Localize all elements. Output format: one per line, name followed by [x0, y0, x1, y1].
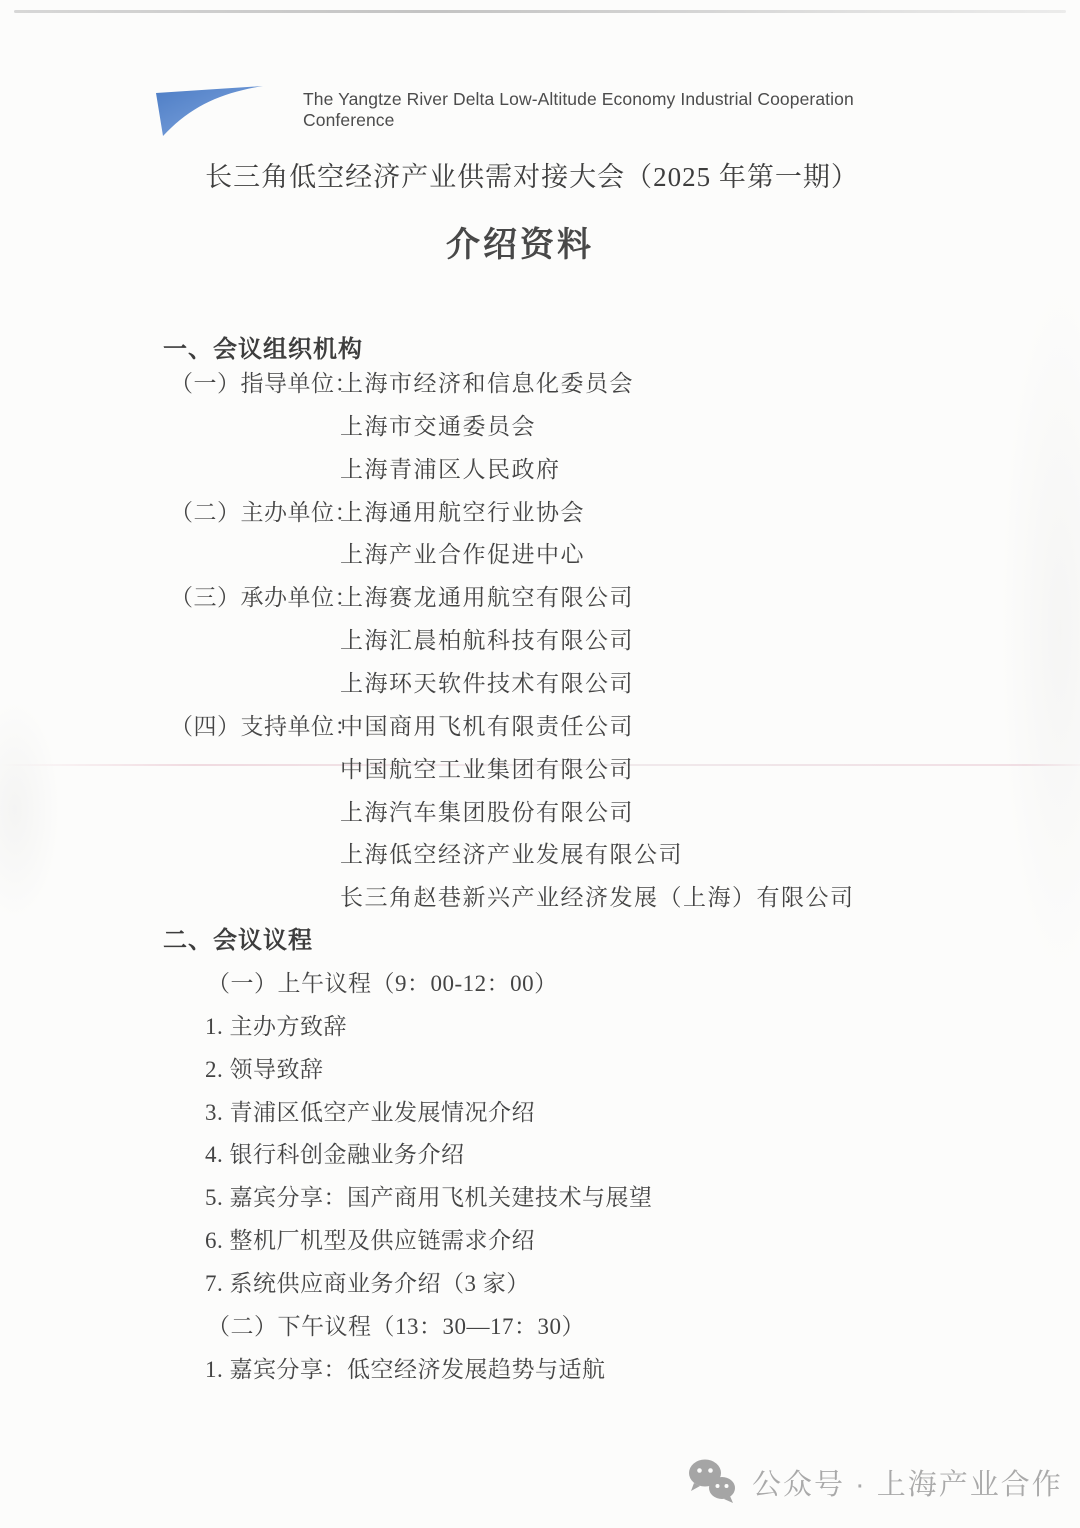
- org-name: 上海青浦区人民政府: [340, 449, 561, 492]
- org-group-row: （二）主办单位： 上海通用航空行业协会: [0, 492, 1080, 535]
- chinese-conference-title: 长三角低空经济产业供需对接大会（2025 年第一期）: [0, 155, 1064, 194]
- org-name: 上海赛龙通用航空有限公司: [340, 577, 634, 620]
- org-group-label: （二）主办单位：: [170, 492, 358, 535]
- org-group-label: （四）支持单位：: [170, 706, 358, 749]
- org-name: 长三角赵巷新兴产业经济发展（上海）有限公司: [340, 877, 855, 920]
- org-group-row: （一）指导单位： 上海市经济和信息化委员会: [0, 363, 1080, 406]
- org-group-label: （三）承办单位：: [170, 577, 358, 620]
- agenda-item: 5. 嘉宾分享：国产商用飞机关建技术与展望: [0, 1177, 1080, 1220]
- agenda-subheading-afternoon: （二）下午议程（13：30—17：30）: [0, 1306, 1080, 1349]
- org-row: 上海环天软件技术有限公司: [0, 663, 1080, 706]
- scanned-document-page: The Yangtze River Delta Low-Altitude Eco…: [0, 0, 1080, 1528]
- org-name: 上海产业合作促进中心: [340, 534, 585, 577]
- org-name: 中国航空工业集团有限公司: [340, 749, 634, 792]
- org-group-row: （三）承办单位： 上海赛龙通用航空有限公司: [0, 577, 1080, 620]
- org-name: 上海低空经济产业发展有限公司: [340, 834, 683, 877]
- org-row: 长三角赵巷新兴产业经济发展（上海）有限公司: [0, 877, 1080, 920]
- watermark: 公众号 · 上海产业合作: [686, 1458, 1063, 1506]
- document-title: 介绍资料: [0, 217, 1040, 266]
- org-name: 中国商用飞机有限责任公司: [340, 706, 634, 749]
- agenda-item: 1. 主办方致辞: [0, 1006, 1080, 1049]
- org-name: 上海汇晨柏航科技有限公司: [340, 620, 634, 663]
- org-row: 上海低空经济产业发展有限公司: [0, 834, 1080, 877]
- org-group-label: （一）指导单位：: [170, 363, 358, 406]
- org-name: 上海市交通委员会: [340, 406, 536, 449]
- agenda-item: 7. 系统供应商业务介绍（3 家）: [0, 1263, 1080, 1306]
- org-row: 上海青浦区人民政府: [0, 449, 1080, 492]
- section-heading-agenda: 二、会议议程: [0, 920, 1080, 963]
- agenda-item: 2. 领导致辞: [0, 1049, 1080, 1092]
- org-row: 上海汇晨柏航科技有限公司: [0, 620, 1080, 663]
- org-name: 上海环天软件技术有限公司: [340, 663, 634, 706]
- agenda-subheading-morning: （一）上午议程（9：00-12：00）: [0, 963, 1080, 1006]
- agenda-item: 4. 银行科创金融业务介绍: [0, 1134, 1080, 1177]
- org-row: 上海汽车集团股份有限公司: [0, 792, 1080, 835]
- org-name: 上海汽车集团股份有限公司: [340, 792, 634, 835]
- org-name: 上海通用航空行业协会: [340, 492, 585, 535]
- conference-logo-swoosh-icon: [153, 84, 265, 145]
- agenda-item: 3. 青浦区低空产业发展情况介绍: [0, 1092, 1080, 1135]
- scan-artifact-top-line: [14, 10, 1066, 13]
- document-body: （一）指导单位： 上海市经济和信息化委员会 上海市交通委员会 上海青浦区人民政府…: [0, 363, 1080, 1392]
- agenda-item: 1. 嘉宾分享：低空经济发展趋势与适航: [0, 1349, 1080, 1392]
- org-row: 上海市交通委员会: [0, 406, 1080, 449]
- agenda-item: 6. 整机厂机型及供应链需求介绍: [0, 1220, 1080, 1263]
- org-row: 上海产业合作促进中心: [0, 534, 1080, 577]
- watermark-text: 公众号 · 上海产业合作: [752, 1462, 1063, 1503]
- section-heading-organization: 一、会议组织机构: [163, 329, 363, 364]
- wechat-icon: [686, 1458, 738, 1506]
- english-conference-title: The Yangtze River Delta Low-Altitude Eco…: [303, 89, 943, 131]
- org-row: 中国航空工业集团有限公司: [0, 749, 1080, 792]
- org-name: 上海市经济和信息化委员会: [340, 363, 634, 406]
- org-group-row: （四）支持单位： 中国商用飞机有限责任公司: [0, 706, 1080, 749]
